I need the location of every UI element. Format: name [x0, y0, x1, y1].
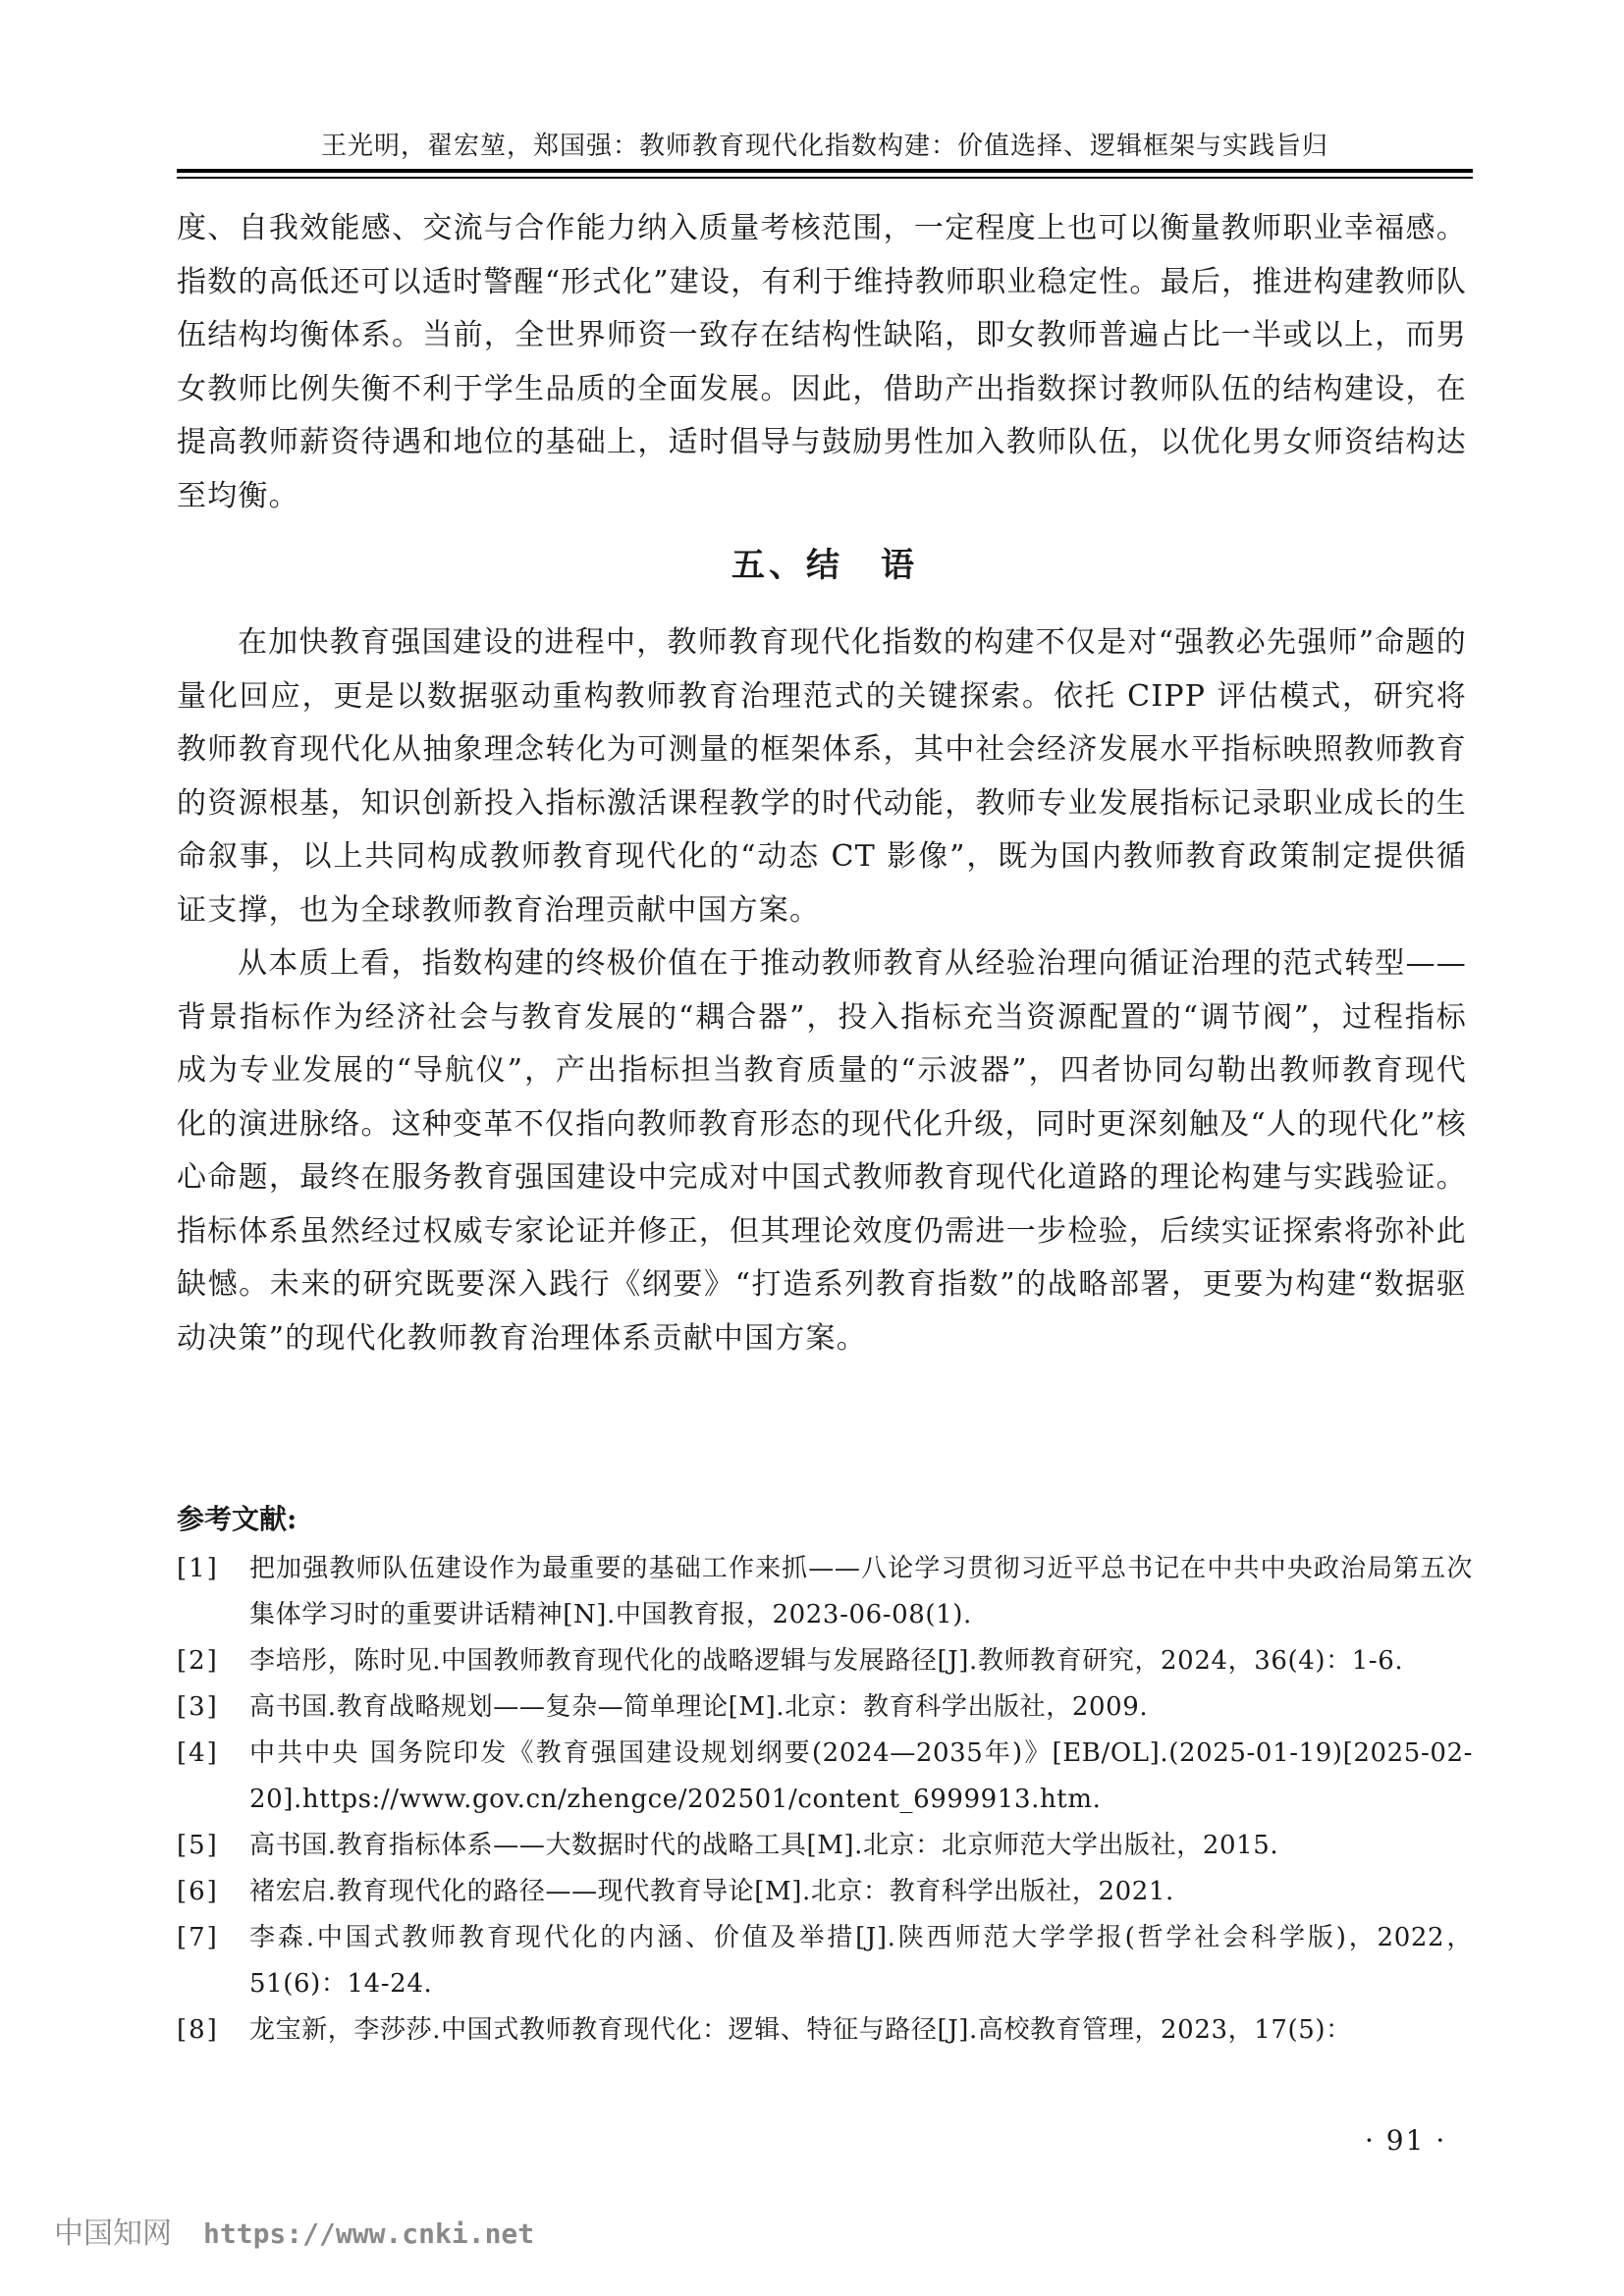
reference-item: [4]中共中央 国务院印发《教育强国建设规划纲要(2024—2035年)》[EB…	[177, 1731, 1473, 1823]
reference-item: [1]把加强教师队伍建设作为最重要的基础工作来抓——八论学习贯彻习近平总书记在中…	[177, 1546, 1473, 1638]
reference-item: [5]高书国.教育指标体系——大数据时代的战略工具[M].北京：北京师范大学出版…	[177, 1823, 1473, 1869]
reference-number: [1]	[177, 1546, 249, 1638]
reference-number: [3]	[177, 1684, 249, 1731]
watermark-url: https://www.cnki.net	[203, 2217, 534, 2250]
section-title: 五、结 语	[177, 538, 1473, 586]
reference-text: 李森.中国式教师教育现代化的内涵、价值及举措[J].陕西师范大学学报(哲学社会科…	[249, 1915, 1473, 2007]
reference-text: 龙宝新，李莎莎.中国式教师教育现代化：逻辑、特征与路径[J].高校教育管理，20…	[249, 2007, 1473, 2054]
references-title: 参考文献:	[177, 1498, 297, 1537]
header-rule-thick	[177, 169, 1473, 173]
reference-item: [7]李森.中国式教师教育现代化的内涵、价值及举措[J].陕西师范大学学报(哲学…	[177, 1915, 1473, 2007]
paragraph: 从本质上看，指数构建的终极价值在于推动教师教育从经验治理向循证治理的范式转型——…	[177, 937, 1467, 1365]
reference-item: [3]高书国.教育战略规划——复杂—简单理论[M].北京：教育科学出版社，200…	[177, 1684, 1473, 1731]
reference-text: 高书国.教育战略规划——复杂—简单理论[M].北京：教育科学出版社，2009.	[249, 1684, 1473, 1731]
paragraph: 在加快教育强国建设的进程中，教师教育现代化指数的构建不仅是对“强教必先强师”命题…	[177, 616, 1467, 937]
reference-text: 褚宏启.教育现代化的路径——现代教育导论[M].北京：教育科学出版社，2021.	[249, 1869, 1473, 1915]
reference-item: [8]龙宝新，李莎莎.中国式教师教育现代化：逻辑、特征与路径[J].高校教育管理…	[177, 2007, 1473, 2054]
body-continuation: 度、自我效能感、交流与合作能力纳入质量考核范围，一定程度上也可以衡量教师职业幸福…	[177, 202, 1467, 523]
conclusion-body: 在加快教育强国建设的进程中，教师教育现代化指数的构建不仅是对“强教必先强师”命题…	[177, 616, 1467, 1365]
running-head: 王光明，翟宏堃，郑国强：教师教育现代化指数构建：价值选择、逻辑框架与实践旨归	[177, 126, 1473, 162]
reference-number: [4]	[177, 1731, 249, 1823]
reference-number: [5]	[177, 1823, 249, 1869]
reference-number: [2]	[177, 1638, 249, 1684]
reference-text: 中共中央 国务院印发《教育强国建设规划纲要(2024—2035年)》[EB/OL…	[249, 1731, 1473, 1823]
watermark-name: 中国知网	[54, 2216, 172, 2251]
paragraph: 度、自我效能感、交流与合作能力纳入质量考核范围，一定程度上也可以衡量教师职业幸福…	[177, 202, 1467, 523]
reference-text: 把加强教师队伍建设作为最重要的基础工作来抓——八论学习贯彻习近平总书记在中共中央…	[249, 1546, 1473, 1638]
page-number: · 91 ·	[1365, 2124, 1446, 2157]
header-rule-thin	[177, 177, 1473, 179]
reference-number: [7]	[177, 1915, 249, 2007]
reference-item: [6]褚宏启.教育现代化的路径——现代教育导论[M].北京：教育科学出版社，20…	[177, 1869, 1473, 1915]
reference-text: 李培彤，陈时见.中国教师教育现代化的战略逻辑与发展路径[J].教师教育研究，20…	[249, 1638, 1473, 1684]
reference-item: [2]李培彤，陈时见.中国教师教育现代化的战略逻辑与发展路径[J].教师教育研究…	[177, 1638, 1473, 1684]
reference-list: [1]把加强教师队伍建设作为最重要的基础工作来抓——八论学习贯彻习近平总书记在中…	[177, 1546, 1473, 2054]
reference-number: [6]	[177, 1869, 249, 1915]
reference-text: 高书国.教育指标体系——大数据时代的战略工具[M].北京：北京师范大学出版社，2…	[249, 1823, 1473, 1869]
reference-number: [8]	[177, 2007, 249, 2054]
cnki-watermark: 中国知网https://www.cnki.net	[54, 2209, 534, 2252]
